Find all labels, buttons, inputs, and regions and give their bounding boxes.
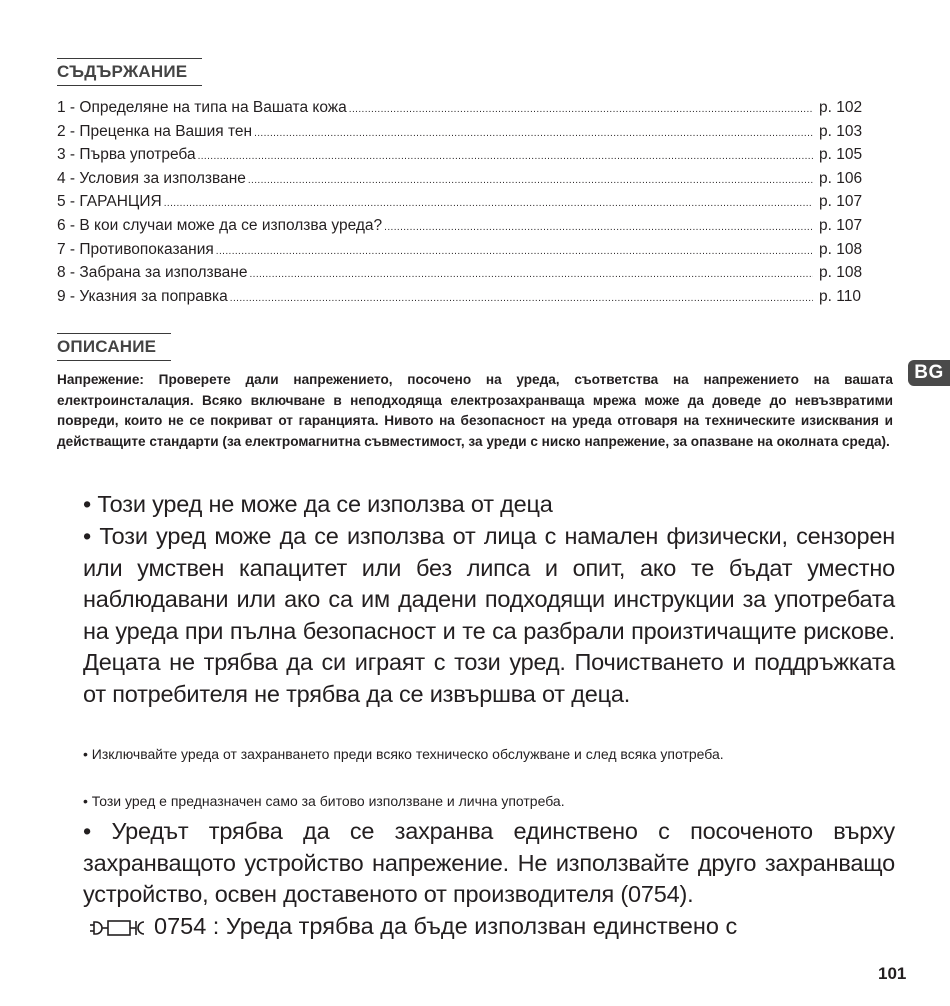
toc-item-label: 5 - ГАРАНЦИЯ <box>57 191 164 213</box>
toc-leader-dots <box>198 146 813 168</box>
bullet-reduced-capacity: • Този уред може да се използва от лица … <box>83 521 895 711</box>
toc-item[interactable]: 4 - Условия за използванеp. 106 <box>57 168 865 192</box>
toc-item[interactable]: 7 - Противопоказанияp. 108 <box>57 239 865 263</box>
page-number: 101 <box>878 964 906 984</box>
table-of-contents: 1 - Определяне на типа на Вашата кожаp. … <box>57 97 865 309</box>
toc-leader-dots <box>384 217 813 239</box>
toc-item[interactable]: 2 - Преценка на Вашия тенp. 103 <box>57 121 865 145</box>
toc-item[interactable]: 3 - Първа употребаp. 105 <box>57 144 865 168</box>
toc-leader-dots <box>349 99 813 121</box>
toc-heading: СЪДЪРЖАНИЕ <box>57 58 202 86</box>
voltage-warning: Напрежение: Проверете дали напрежението,… <box>57 370 893 452</box>
toc-item-label: 6 - В кои случаи може да се използва уре… <box>57 215 384 237</box>
language-tab-bg: BG <box>908 360 950 386</box>
toc-item-page: p. 108 <box>813 262 865 284</box>
plug-note: 0754 : Уреда трябва да бъде използван ед… <box>88 911 737 942</box>
toc-item[interactable]: 8 - Забрана за използванеp. 108 <box>57 262 865 286</box>
toc-item-label: 7 - Противопоказания <box>57 239 216 261</box>
toc-item-label: 8 - Забрана за използване <box>57 262 249 284</box>
toc-item-page: p. 105 <box>813 144 865 166</box>
bullet-domestic: • Този уред е предназначен само за битов… <box>83 790 895 813</box>
bullet-unplug: • Изключвайте уреда от захранването пред… <box>83 743 895 766</box>
bullet-children: • Този уред не може да се използва от де… <box>83 489 895 521</box>
toc-item-label: 1 - Определяне на типа на Вашата кожа <box>57 97 349 119</box>
toc-leader-dots <box>249 264 813 286</box>
power-adapter-icon <box>88 916 150 938</box>
toc-leader-dots <box>248 170 813 192</box>
plug-note-text: 0754 : Уреда трябва да бъде използван ед… <box>154 911 737 942</box>
toc-item-page: p. 103 <box>813 121 865 143</box>
toc-item-page: p. 107 <box>813 215 865 237</box>
description-heading: ОПИСАНИЕ <box>57 333 171 361</box>
toc-item-page: p. 108 <box>813 239 865 261</box>
toc-item[interactable]: 1 - Определяне на типа на Вашата кожаp. … <box>57 97 865 121</box>
toc-item-page: p. 102 <box>813 97 865 119</box>
bullet-power-supply: • Уредът трябва да се захранва единствен… <box>83 816 895 911</box>
toc-item-label: 9 - Указния за поправка <box>57 286 230 308</box>
toc-leader-dots <box>164 193 813 215</box>
toc-item[interactable]: 9 - Указния за поправкаp. 110 <box>57 286 865 310</box>
toc-leader-dots <box>254 123 813 145</box>
toc-item[interactable]: 6 - В кои случаи може да се използва уре… <box>57 215 865 239</box>
toc-item[interactable]: 5 - ГАРАНЦИЯp. 107 <box>57 191 865 215</box>
toc-item-label: 2 - Преценка на Вашия тен <box>57 121 254 143</box>
toc-item-page: p. 110 <box>813 286 865 308</box>
toc-item-label: 4 - Условия за използване <box>57 168 248 190</box>
toc-leader-dots <box>230 288 813 310</box>
toc-item-label: 3 - Първа употреба <box>57 144 198 166</box>
toc-item-page: p. 106 <box>813 168 865 190</box>
toc-item-page: p. 107 <box>813 191 865 213</box>
toc-leader-dots <box>216 241 813 263</box>
